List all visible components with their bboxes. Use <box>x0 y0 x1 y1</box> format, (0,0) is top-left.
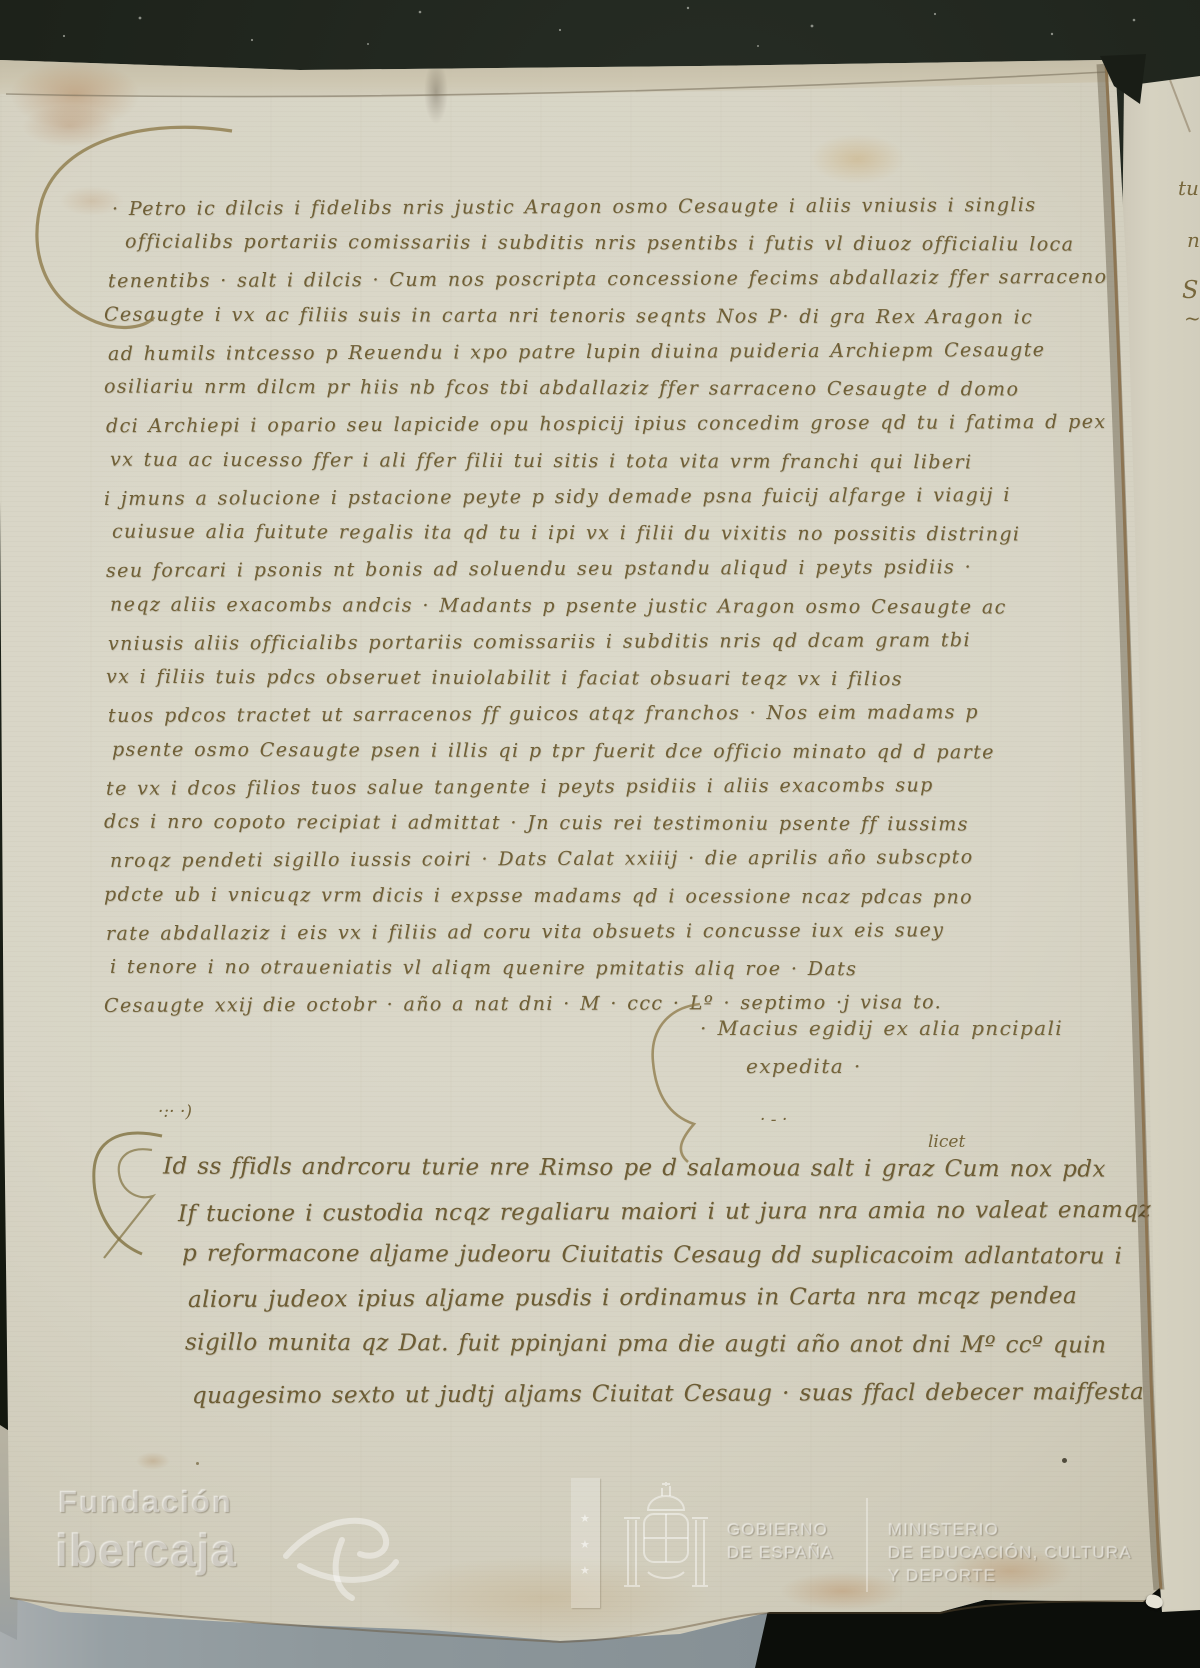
eu-star-icon: ★ <box>580 1564 590 1577</box>
interlinear-word: licet <box>928 1132 965 1152</box>
ink-fleck <box>1062 1458 1067 1463</box>
eu-star-icon: ★ <box>580 1538 590 1551</box>
stain <box>780 1572 905 1610</box>
manuscript-line: Cesaugte i vx ac filiis suis in carta nr… <box>104 304 1033 329</box>
ministerio-watermark-line1: MINISTERIO <box>888 1520 999 1540</box>
stain <box>22 105 117 147</box>
ink-fleck <box>196 1462 199 1465</box>
manuscript-line: dcs i nro copoto recipiat i admittat · J… <box>104 811 969 836</box>
manuscript-line: · Petro ic dilcis i fidelibs nris justic… <box>112 194 1037 220</box>
manuscript-line: officialibs portariis comissariis i subd… <box>125 231 1074 256</box>
manuscript-line: Cesaugte xxij die octobr · año a nat dni… <box>104 991 942 1017</box>
manuscript-line: nroqz pendeti sigillo iussis coiri · Dat… <box>110 846 974 872</box>
edge-text-fragment: n <box>1187 228 1200 252</box>
manuscript-line: alioru judeox ipius aljame pusdis i ordi… <box>188 1283 1077 1313</box>
manuscript-line: p reformacone aljame judeoru Ciuitatis C… <box>182 1241 1122 1270</box>
eu-star-icon: ★ <box>580 1512 590 1525</box>
ibercaja-watermark-line2: ibercaja <box>55 1523 237 1577</box>
stain <box>810 134 905 184</box>
manuscript-line: te vx i dcos filios tuos salue tangente … <box>106 774 934 800</box>
manuscript-line: pdcte ub i vnicuqz vrm dicis i expsse ma… <box>104 884 973 909</box>
ministerio-watermark-line2: DE EDUCACIÓN, CULTURA <box>888 1543 1132 1563</box>
edge-text-fragment: S <box>1182 276 1198 304</box>
ministerio-watermark-line3: Y DEPORTE <box>888 1566 996 1586</box>
separator-dots: ·:· ·) <box>158 1102 192 1122</box>
manuscript-page: · Petro ic dilcis i fidelibs nris justic… <box>0 0 1170 1652</box>
gobierno-watermark-line2: DE ESPAÑA <box>727 1543 834 1563</box>
manuscript-line: seu forcari i psonis nt bonis ad soluend… <box>106 556 972 582</box>
stain <box>380 1556 710 1640</box>
manuscript-line: Id ss ffidls andrcoru turie nre Rimso pe… <box>163 1154 1106 1183</box>
manuscript-line: neqz aliis exacombs andcis · Madants p p… <box>110 594 1007 619</box>
manuscript-line: cuiusue alia fuitute regalis ita qd tu i… <box>112 521 1020 546</box>
edge-text-fragment: tu <box>1178 176 1199 200</box>
manuscript-line: tenentibs · salt i dilcis · Cum nos posc… <box>108 266 1108 292</box>
gobierno-watermark-line1: GOBIERNO <box>727 1520 828 1540</box>
chancery-note-line: expedita · <box>746 1054 862 1078</box>
manuscript-line: osiliariu nrm dilcm pr hiis nb fcos tbi … <box>104 376 1019 401</box>
manuscript-line: sigillo munita qz Dat. fuit ppinjani pma… <box>185 1330 1106 1359</box>
manuscript-line: i jmuns a solucione i pstacione peyte p … <box>104 484 1011 510</box>
manuscript-line: i tenore i no otraueniatis vl aliqm quen… <box>110 956 857 980</box>
manuscript-line: dci Archiepi i opario seu lapicide opu h… <box>106 411 1107 437</box>
manuscript-line: vniusis aliis officialibs portariis comi… <box>108 629 971 655</box>
manuscript-line: psente osmo Cesaugte psen i illis qi p t… <box>112 739 995 764</box>
manuscript-line: rate abdallaziz i eis vx i filiis ad cor… <box>106 919 944 945</box>
manuscript-line: vx i filiis tuis pdcs obseruet inuiolabi… <box>106 666 903 691</box>
stain <box>136 1452 170 1470</box>
manuscript-line: tuos pdcos tractet ut sarracenos ff guic… <box>108 701 979 727</box>
manuscript-line: If tucione i custodia ncqz regaliaru mai… <box>178 1197 1151 1227</box>
chancery-note-line: · Macius egidij ex alia pncipali <box>700 1016 1063 1040</box>
ibercaja-watermark-line1: Fundación <box>58 1484 233 1520</box>
manuscript-line: quagesimo sexto ut judtj aljams Ciuitat … <box>192 1379 1144 1409</box>
manuscript-line: ad humils intcesso p Reuendu i xpo patre… <box>108 339 1045 365</box>
separator-dots: · ‐ · <box>760 1110 787 1130</box>
manuscript-photo-page: { "document_kind": "medieval chancery re… <box>0 0 1200 1668</box>
manuscript-line: vx tua ac iucesso ffer i ali ffer filii … <box>110 449 973 474</box>
watermark-divider <box>866 1498 868 1592</box>
edge-text-fragment: ~ <box>1184 306 1200 330</box>
